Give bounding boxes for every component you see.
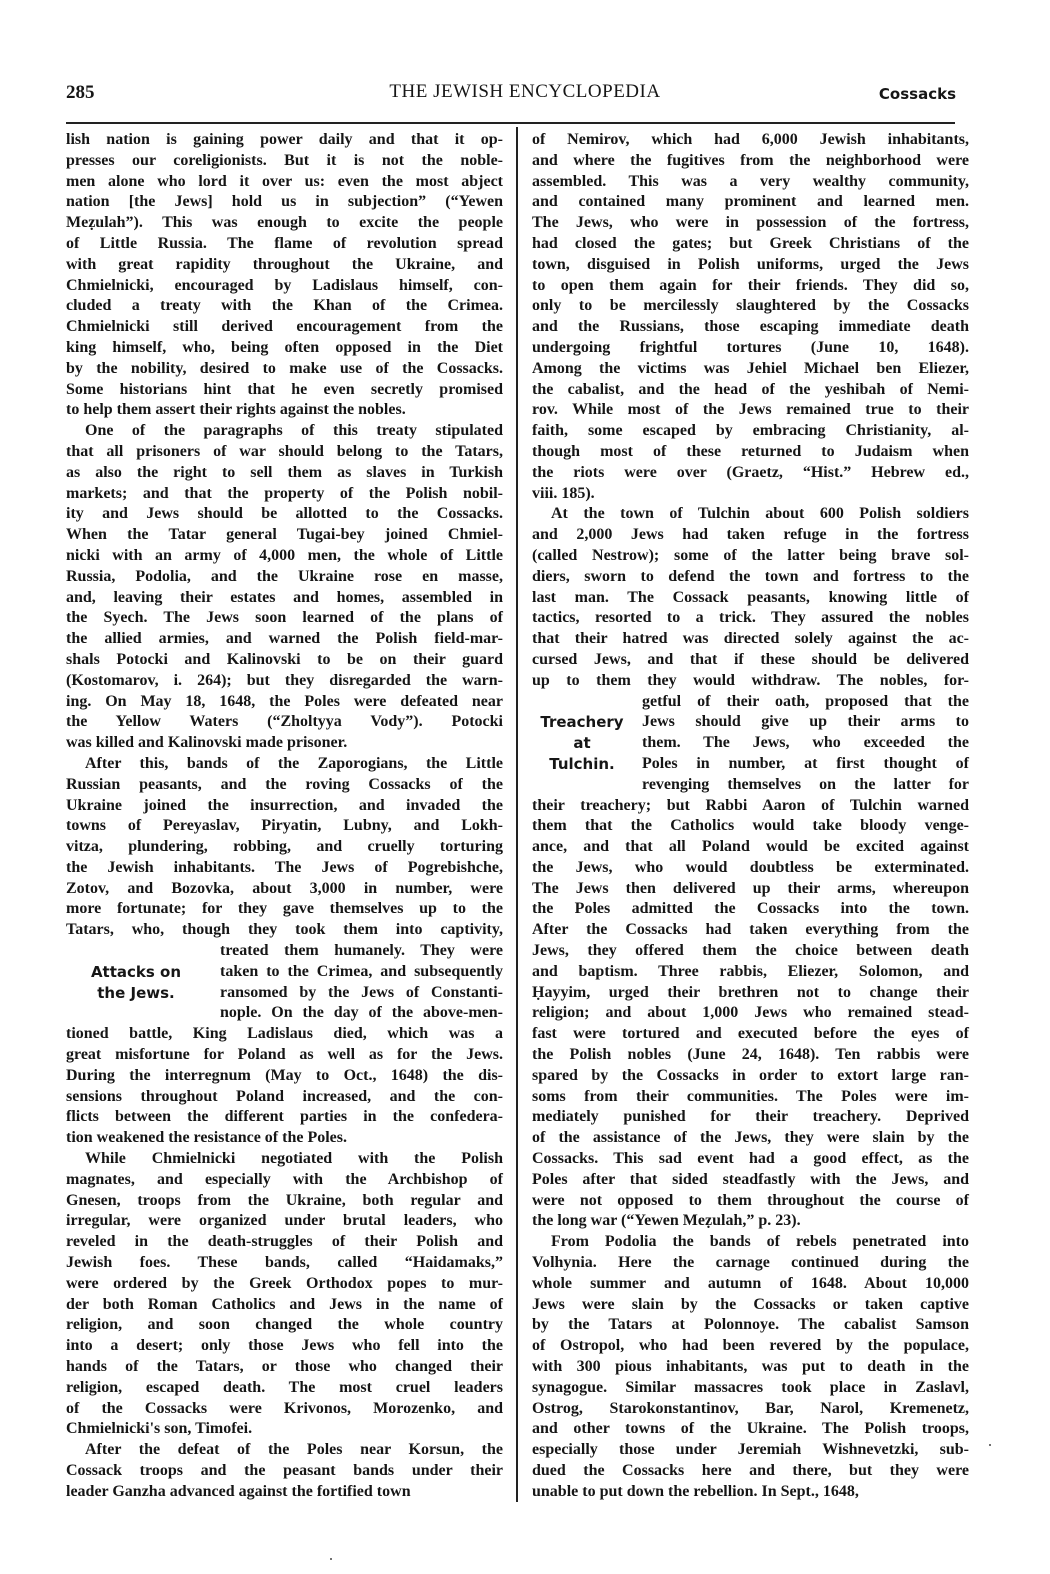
text-line: taken to the Crimea, and subsequently: [220, 962, 503, 983]
text-line: Tatars, who, though they took them into …: [66, 920, 503, 941]
text-line: From Podolia the bands of rebels penetra…: [532, 1232, 969, 1253]
text-line: ity and Jews should be allotted to the C…: [66, 504, 503, 525]
text-line: Chmielnicki, encouraged by Ladislaus him…: [66, 276, 503, 297]
text-line: spared by the Cossacks in order to extor…: [532, 1066, 969, 1087]
text-line: tactics, resorted to a trick. They assur…: [532, 608, 969, 629]
text-line: diers, sworn to defend the town and fort…: [532, 567, 969, 588]
marginal-note: Attacks onthe Jews.: [66, 962, 206, 1004]
marginal-note-line: the Jews.: [66, 983, 206, 1004]
text-line: After the Cossacks had taken everything …: [532, 920, 969, 941]
text-line: sensions throughout Poland increased, an…: [66, 1087, 503, 1108]
text-line: ance, and that all Poland would be excit…: [532, 837, 969, 858]
text-line: getful of their oath, proposed that the: [642, 692, 969, 713]
text-line: the long war (“Yewen Meẓulah,” p. 23).: [532, 1211, 969, 1232]
text-line: by the nobility, desired to make use of …: [66, 359, 503, 380]
text-line: the Jews, who would doubtless be extermi…: [532, 858, 969, 879]
text-line: irregular, were organized under brutal l…: [66, 1211, 503, 1232]
text-line: flicts between the different parties in …: [66, 1107, 503, 1128]
text-line: The Jews, who were in possession of the …: [532, 213, 969, 234]
text-line: and contained many prominent and learned…: [532, 192, 969, 213]
text-line: cluded a treaty with the Khan of the Cri…: [66, 296, 503, 317]
text-line: the Poles admitted the Cossacks into the…: [532, 899, 969, 920]
text-line: (called Nestrow); some of the latter bei…: [532, 546, 969, 567]
text-line: ransomed by the Jews of Constanti-: [220, 983, 503, 1004]
text-line: to open them again for their friends. Th…: [532, 276, 969, 297]
column-divider: [516, 127, 518, 1502]
text-line: had closed the gates; but Greek Christia…: [532, 234, 969, 255]
text-line: Russia, Podolia, and the Ukraine rose en…: [66, 567, 503, 588]
text-line: presses our coreligionists. But it is no…: [66, 151, 503, 172]
text-line: Among the victims was Jehiel Michael ben…: [532, 359, 969, 380]
text-line: the Yellow Waters (“Zholtyya Vody”). Pot…: [66, 712, 503, 733]
text-line: of Little Russia. The flame of revolutio…: [66, 234, 503, 255]
text-line: the allied armies, and warned the Polish…: [66, 629, 503, 650]
text-line: cursed Jews, and that if these should be…: [532, 650, 969, 671]
text-line: of the Cossacks were Krivonos, Morozenko…: [66, 1399, 503, 1420]
text-line: though most of these returned to Judaism…: [532, 442, 969, 463]
text-line: Russian peasants, and the roving Cossack…: [66, 775, 503, 796]
text-line: king himself, who, being often opposed i…: [66, 338, 503, 359]
text-line: Cossack troops and the peasant bands und…: [66, 1461, 503, 1482]
text-line: assembled. This was a very wealthy commu…: [532, 172, 969, 193]
text-line: (Kostomarov, i. 264); but they disregard…: [66, 671, 503, 692]
text-line: with 300 pious inhabitants, was put to d…: [532, 1357, 969, 1378]
text-line: vitza, plundering, robbing, and cruelly …: [66, 837, 503, 858]
text-line: hands of the Tatars, or those who change…: [66, 1357, 503, 1378]
text-line: magnates, and especially with the Archbi…: [66, 1170, 503, 1191]
text-line: the cabalist, and the head of the yeshib…: [532, 380, 969, 401]
text-line: that their hatred was directed solely ag…: [532, 629, 969, 650]
text-line: as also the right to sell them as slaves…: [66, 463, 503, 484]
text-line: their treachery; but Rabbi Aaron of Tulc…: [532, 796, 969, 817]
text-line: nicki with an army of 4,000 men, the who…: [66, 546, 503, 567]
text-line: Ostrog, Starokonstantinov, Bar, Narol, K…: [532, 1399, 969, 1420]
text-line: der both Roman Catholics and Jews in the…: [66, 1295, 503, 1316]
text-line: Poles in number, at first thought of: [642, 754, 969, 775]
text-line: Ukraine joined the insurrection, and inv…: [66, 796, 503, 817]
text-line: last man. The Cossack peasants, knowing …: [532, 588, 969, 609]
text-line: mediately punished for their treachery. …: [532, 1107, 969, 1128]
text-line: them that the Catholics would take blood…: [532, 816, 969, 837]
text-line: up to them they would withdraw. The nobl…: [532, 671, 969, 692]
text-line: into a desert; only those Jews who fell …: [66, 1336, 503, 1357]
text-line: Volhynia. Here the carnage continued dur…: [532, 1253, 969, 1274]
text-line: tioned battle, King Ladislaus died, whic…: [66, 1024, 503, 1045]
right-column: of Nemirov, which had 6,000 Jewish inhab…: [532, 130, 969, 1503]
text-line: treated them humanely. They were: [220, 941, 503, 962]
text-line: them. The Jews, who exceeded the: [642, 733, 969, 754]
text-line: After the defeat of the Poles near Korsu…: [66, 1440, 503, 1461]
text-line: the Jewish inhabitants. The Jews of Pogr…: [66, 858, 503, 879]
text-line: The Jews then delivered up their arms, w…: [532, 879, 969, 900]
text-line: undergoing frightful tortures (June 10, …: [532, 338, 969, 359]
text-line: reveled in the death-struggles of their …: [66, 1232, 503, 1253]
text-line: dued the Cossacks here and there, but th…: [532, 1461, 969, 1482]
header-rule: [66, 122, 955, 124]
text-line: lish nation is gaining power daily and t…: [66, 130, 503, 151]
text-line: and where the fugitives from the neighbo…: [532, 151, 969, 172]
text-line: were ordered by the Greek Orthodox popes…: [66, 1274, 503, 1295]
text-line: faith, some escaped by embracing Christi…: [532, 421, 969, 442]
text-line: Chmielnicki still derived encouragement …: [66, 317, 503, 338]
marginal-note-line: Attacks on: [66, 962, 206, 983]
text-line: markets; and that the property of the Po…: [66, 484, 503, 505]
text-line: the Syech. The Jews soon learned of the …: [66, 608, 503, 629]
marginal-note-line: at: [532, 733, 632, 754]
text-line: After this, bands of the Zaporogians, th…: [66, 754, 503, 775]
text-line: Poles after that sided steadfastly with …: [532, 1170, 969, 1191]
text-line: only to be mercilessly slaughtered by th…: [532, 296, 969, 317]
text-line: ing. On May 18, 1648, the Poles were def…: [66, 692, 503, 713]
text-line: viii. 185).: [532, 484, 969, 505]
text-line: were not opposed to them throughout the …: [532, 1191, 969, 1212]
marginal-note-line: Tulchin.: [532, 754, 632, 775]
text-line: Zotov, and Bozovka, about 3,000 in numbe…: [66, 879, 503, 900]
text-line: and other towns of the Ukraine. The Poli…: [532, 1419, 969, 1440]
text-line: religion; and about 1,000 Jews who remai…: [532, 1003, 969, 1024]
text-line: of the assistance of the Jews, they were…: [532, 1128, 969, 1149]
text-line: Chmielnicki's son, Timofei.: [66, 1419, 503, 1440]
text-line: of Nemirov, which had 6,000 Jewish inhab…: [532, 130, 969, 151]
text-line: Jewish foes. These bands, called “Haidam…: [66, 1253, 503, 1274]
running-topic: Cossacks: [879, 85, 956, 109]
text-line: Jews, they offered them the choice betwe…: [532, 941, 969, 962]
text-line: and 2,000 Jews had taken refuge in the f…: [532, 525, 969, 546]
text-line: the Polish nobles (June 24, 1648). Ten r…: [532, 1045, 969, 1066]
text-line: religion, and soon changed the whole cou…: [66, 1315, 503, 1336]
text-line: At the town of Tulchin about 600 Polish …: [532, 504, 969, 525]
text-line: Some historians hint that he even secret…: [66, 380, 503, 401]
text-line: to help them assert their rights against…: [66, 400, 503, 421]
text-line: more fortunate; for they gave themselves…: [66, 899, 503, 920]
text-line: with great rapidity throughout the Ukrai…: [66, 255, 503, 276]
text-line: men alone who lord it over us: even the …: [66, 172, 503, 193]
text-line: by the Tatars at Polonnoye. The cabalist…: [532, 1315, 969, 1336]
text-line: Jews should give up their arms to: [642, 712, 969, 733]
text-line: towns of Pereyaslav, Piryatin, Lubny, an…: [66, 816, 503, 837]
text-line: whole summer and autumn of 1648. About 1…: [532, 1274, 969, 1295]
text-line: During the interregnum (May to Oct., 164…: [66, 1066, 503, 1087]
marginal-note-line: Treachery: [532, 712, 632, 733]
text-line: leader Ganzha advanced against the forti…: [66, 1482, 503, 1503]
scan-speck: [989, 1444, 991, 1446]
text-line: Gnesen, troops from the Ukraine, both re…: [66, 1191, 503, 1212]
encyclopedia-page: 285 THE JEWISH ENCYCLOPEDIA Cossacks lis…: [0, 0, 1050, 1574]
text-line: tion weakened the resistance of the Pole…: [66, 1128, 503, 1149]
text-line: great misfortune for Poland as well as f…: [66, 1045, 503, 1066]
text-line: rov. While most of the Jews remained tru…: [532, 400, 969, 421]
scan-speck: [330, 1558, 332, 1560]
text-line: religion, escaped death. The most cruel …: [66, 1378, 503, 1399]
text-line: Jews were slain by the Cossacks or taken…: [532, 1295, 969, 1316]
text-line: soms from their communities. The Poles w…: [532, 1087, 969, 1108]
text-line: Cossacks. This sad event had a good effe…: [532, 1149, 969, 1170]
text-line: unable to put down the rebellion. In Sep…: [532, 1482, 969, 1503]
text-line: While Chmielnicki negotiated with the Po…: [66, 1149, 503, 1170]
text-line: When the Tatar general Tugai-bey joined …: [66, 525, 503, 546]
left-column: lish nation is gaining power daily and t…: [66, 130, 503, 1503]
text-line: and the Russians, those escaping immedia…: [532, 317, 969, 338]
text-line: and, leaving their estates and homes, as…: [66, 588, 503, 609]
text-line: shals Potocki and Kalinovski to be on th…: [66, 650, 503, 671]
text-line: Ḥayyim, urged their brethren not to chan…: [532, 983, 969, 1004]
text-line: of Ostropol, who had been revered by the…: [532, 1336, 969, 1357]
text-line: the riots were over (Graetz, “Hist.” Heb…: [532, 463, 969, 484]
text-line: Meẓulah”). This was enough to excite the…: [66, 213, 503, 234]
text-line: synagogue. Similar massacres took place …: [532, 1378, 969, 1399]
text-line: nation [the Jews] hold us in subjection”…: [66, 192, 503, 213]
text-line: and baptism. Three rabbis, Eliezer, Solo…: [532, 962, 969, 983]
text-line: was killed and Kalinovski made prisoner.: [66, 733, 503, 754]
text-line: nople. On the day of the above-men-: [220, 1003, 503, 1024]
text-line: that all prisoners of war should belong …: [66, 442, 503, 463]
text-line: town, disguised in Polish uniforms, urge…: [532, 255, 969, 276]
text-line: especially those under Jeremiah Wishneve…: [532, 1440, 969, 1461]
text-line: fast were tortured and executed before t…: [532, 1024, 969, 1045]
marginal-note: TreacheryatTulchin.: [532, 712, 632, 774]
text-line: One of the paragraphs of this treaty sti…: [66, 421, 503, 442]
text-line: revenging themselves on the latter for: [642, 775, 969, 796]
